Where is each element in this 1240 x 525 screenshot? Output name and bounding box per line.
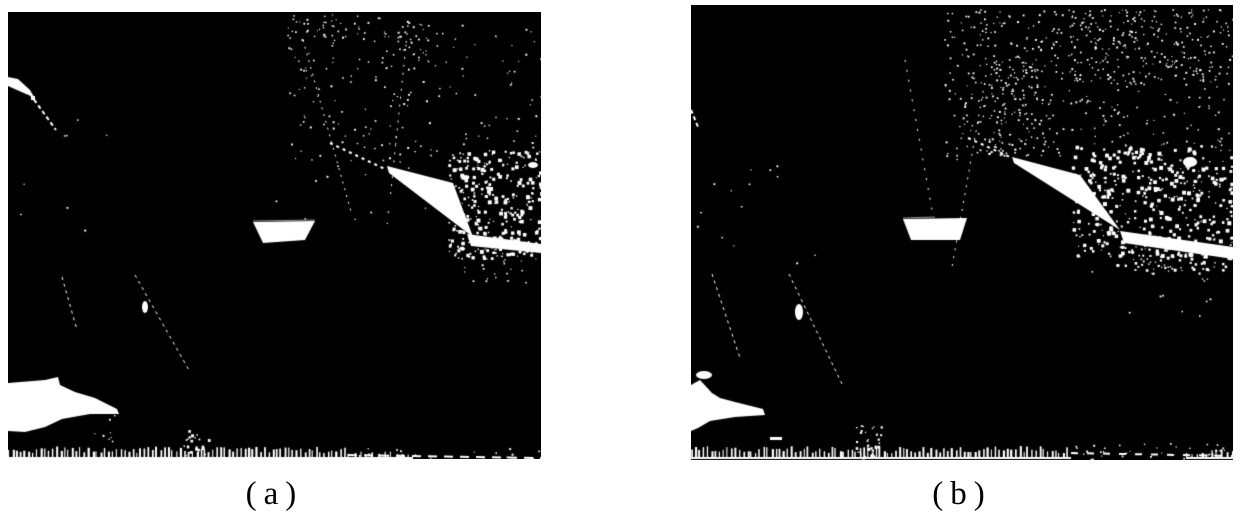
panel-a-image [8, 12, 541, 459]
panel-b-label: (b) [691, 476, 1233, 513]
figure: (a) (b) [0, 0, 1240, 525]
panel-a-label: (a) [8, 476, 541, 513]
panel-b-image [691, 5, 1233, 460]
